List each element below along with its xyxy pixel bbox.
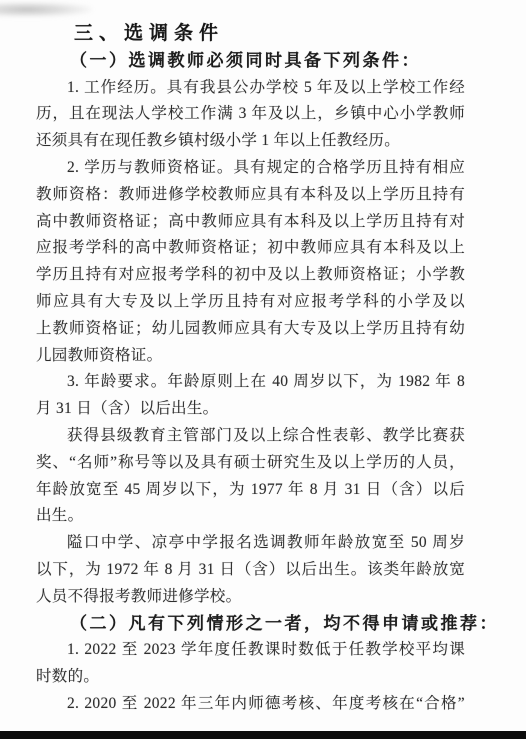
para-work-experience-line: 1. 工作经历。具有我县公办学校 5 年及以上学校工作经 bbox=[36, 75, 465, 102]
para-qualification-line: 教师资格：教师进修学校教师应具有本科及以上学历且持有 bbox=[36, 182, 465, 209]
para-qualification-line: 上教师资格证；幼儿园教师应具有大专及以上学历且持有幼 bbox=[36, 316, 465, 343]
document-page: 三、选调条件 （一）选调教师必须同时具备下列条件： 1. 工作经历。具有我县公办… bbox=[0, 0, 526, 739]
heading-section-3: 三、选调条件 bbox=[36, 21, 465, 48]
para-age-requirement-line: 3. 年龄要求。年龄原则上在 40 周岁以下，为 1982 年 8 bbox=[36, 369, 465, 396]
para-age-requirement-line: 月 31 日（含）以后出生。 bbox=[36, 396, 465, 423]
para-qualification-line: 儿园教师资格证。 bbox=[36, 343, 465, 370]
para-school-relaxation-line: 以下，为 1972 年 8 月 31 日（含）以后出生。该类年龄放宽 bbox=[36, 557, 465, 584]
scan-edge-bar bbox=[0, 731, 526, 739]
document-text-block: 三、选调条件 （一）选调教师必须同时具备下列条件： 1. 工作经历。具有我县公办… bbox=[36, 21, 465, 718]
subheading-conditions-required: （一）选调教师必须同时具备下列条件： bbox=[36, 48, 465, 75]
para-qualification-line: 应报考学科的高中教师资格证；初中教师应具有本科及以上 bbox=[36, 235, 465, 262]
para-age-relaxation-line: 奖、“名师”称号等以及具有硕士研究生及以上学历的人员， bbox=[36, 450, 465, 477]
subheading-disqualification: （二）凡有下列情形之一者，均不得申请或推荐： bbox=[36, 611, 465, 638]
para-qualification-line: 师应具有大专及以上学历且持有对应报考学科的小学及以 bbox=[36, 289, 465, 316]
para-work-experience-line: 还须具有在现任教乡镇村级小学 1 年以上任教经历。 bbox=[36, 128, 465, 155]
para-age-relaxation-line: 年龄放宽至 45 周岁以下，为 1977 年 8 月 31 日（含）以后 bbox=[36, 477, 465, 504]
para-age-relaxation-line: 出生。 bbox=[36, 503, 465, 530]
para-disqualification-1-line: 时数的。 bbox=[36, 664, 465, 691]
para-qualification-line: 学历且持有对应报考学科的初中及以上教师资格证；小学教 bbox=[36, 262, 465, 289]
para-disqualification-2-line: 2. 2020 至 2022 年三年内师德考核、年度考核在“合格” bbox=[36, 691, 465, 718]
para-work-experience-line: 历，且在现法人学校工作满 3 年及以上，乡镇中心小学教师 bbox=[36, 101, 465, 128]
para-disqualification-1-line: 1. 2022 至 2023 学年度任教课时数低于任教学校平均课 bbox=[36, 637, 465, 664]
para-school-relaxation-line: 人员不得报考教师进修学校。 bbox=[36, 584, 465, 611]
scan-artifact-smudge bbox=[0, 2, 92, 17]
para-qualification-line: 2. 学历与教师资格证。具有规定的合格学历且持有相应 bbox=[36, 155, 465, 182]
para-school-relaxation-line: 隘口中学、凉亭中学报名选调教师年龄放宽至 50 周岁 bbox=[36, 530, 465, 557]
para-qualification-line: 高中教师资格证；高中教师应具有本科及以上学历且持有对 bbox=[36, 209, 465, 236]
para-age-relaxation-line: 获得县级教育主管部门及以上综合性表彰、教学比赛获 bbox=[36, 423, 465, 450]
